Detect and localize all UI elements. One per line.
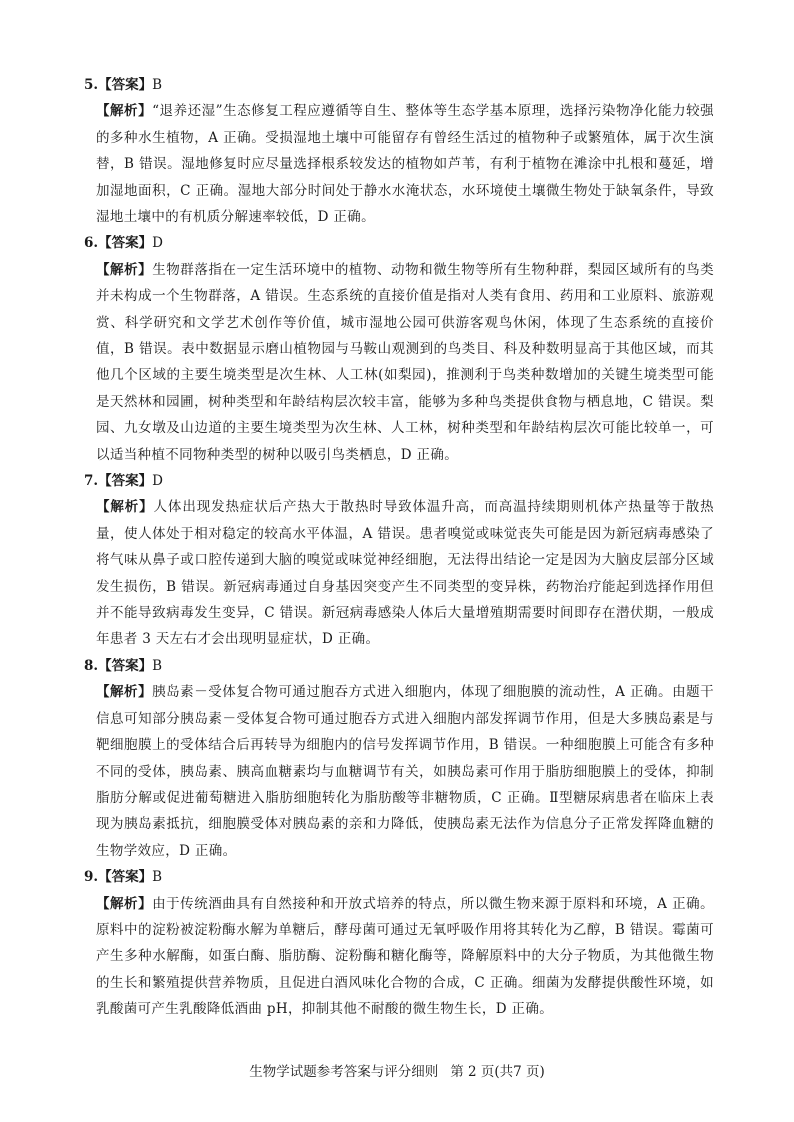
answer-line: 7.【答案】D <box>84 468 714 494</box>
page-footer: 生物学试题参考答案与评分细则第 2 页(共7 页) <box>0 1062 794 1082</box>
analysis-label: 【解析】 <box>96 896 152 912</box>
question-8: 8.【答案】B 【解析】胰岛素－受体复合物可通过胞吞方式进入细胞内，体现了细胞膜… <box>84 653 714 864</box>
question-number: 8. <box>84 658 98 674</box>
question-number: 6. <box>84 235 98 251</box>
question-9: 9.【答案】B 【解析】由于传统酒曲具有自然接种和开放式培养的特点，所以微生物来… <box>84 864 714 1022</box>
analysis-label: 【解析】 <box>96 499 154 515</box>
analysis-text: 胰岛素－受体复合物可通过胞吞方式进入细胞内，体现了细胞膜的流动性，A 正确。由题… <box>96 684 714 858</box>
analysis-text: 人体出现发热症状后产热大于散热时导致体温升高，而高温持续期则机体产热量等于散热量… <box>96 499 714 647</box>
analysis-text: 生物群落指在一定生活环境中的植物、动物和微生物等所有生物种群，梨园区域所有的鸟类… <box>96 262 714 463</box>
analysis-paragraph: 【解析】胰岛素－受体复合物可通过胞吞方式进入细胞内，体现了细胞膜的流动性，A 正… <box>96 679 714 864</box>
question-number: 5. <box>84 77 98 93</box>
answer-label: 【答案】 <box>98 235 152 251</box>
answer-line: 6.【答案】D <box>84 230 714 256</box>
answer-line: 8.【答案】B <box>84 653 714 679</box>
analysis-text: “退养还湿”生态修复工程应遵循等自生、整体等生态学基本原理，选择污染物净化能力较… <box>96 103 714 225</box>
answer-key-page: 5.【答案】B 【解析】“退养还湿”生态修复工程应遵循等自生、整体等生态学基本原… <box>84 72 714 1023</box>
answer-value: D <box>152 473 163 489</box>
page-number: 第 2 页(共7 页) <box>450 1064 545 1080</box>
answer-line: 5.【答案】B <box>84 72 714 98</box>
analysis-label: 【解析】 <box>96 262 152 278</box>
answer-label: 【答案】 <box>98 77 152 93</box>
question-7: 7.【答案】D 【解析】人体出现发热症状后产热大于散热时导致体温升高，而高温持续… <box>84 468 714 653</box>
analysis-paragraph: 【解析】人体出现发热症状后产热大于散热时导致体温升高，而高温持续期则机体产热量等… <box>96 494 714 652</box>
analysis-paragraph: 【解析】由于传统酒曲具有自然接种和开放式培养的特点，所以微生物来源于原料和环境，… <box>96 891 714 1023</box>
question-5: 5.【答案】B 【解析】“退养还湿”生态修复工程应遵循等自生、整体等生态学基本原… <box>84 72 714 230</box>
answer-value: D <box>152 235 163 251</box>
analysis-text: 由于传统酒曲具有自然接种和开放式培养的特点，所以微生物来源于原料和环境，A 正确… <box>96 896 714 1018</box>
analysis-label: 【解析】 <box>96 684 152 700</box>
answer-label: 【答案】 <box>98 869 152 885</box>
answer-value: B <box>152 77 162 93</box>
question-number: 9. <box>84 869 98 885</box>
answer-label: 【答案】 <box>98 473 152 489</box>
answer-line: 9.【答案】B <box>84 864 714 890</box>
footer-title: 生物学试题参考答案与评分细则 <box>249 1064 438 1080</box>
answer-value: B <box>152 658 162 674</box>
analysis-paragraph: 【解析】生物群落指在一定生活环境中的植物、动物和微生物等所有生物种群，梨园区域所… <box>96 257 714 468</box>
answer-value: B <box>152 869 162 885</box>
analysis-paragraph: 【解析】“退养还湿”生态修复工程应遵循等自生、整体等生态学基本原理，选择污染物净… <box>96 98 714 230</box>
question-number: 7. <box>84 473 98 489</box>
answer-label: 【答案】 <box>98 658 152 674</box>
question-6: 6.【答案】D 【解析】生物群落指在一定生活环境中的植物、动物和微生物等所有生物… <box>84 230 714 468</box>
analysis-label: 【解析】 <box>96 103 152 119</box>
